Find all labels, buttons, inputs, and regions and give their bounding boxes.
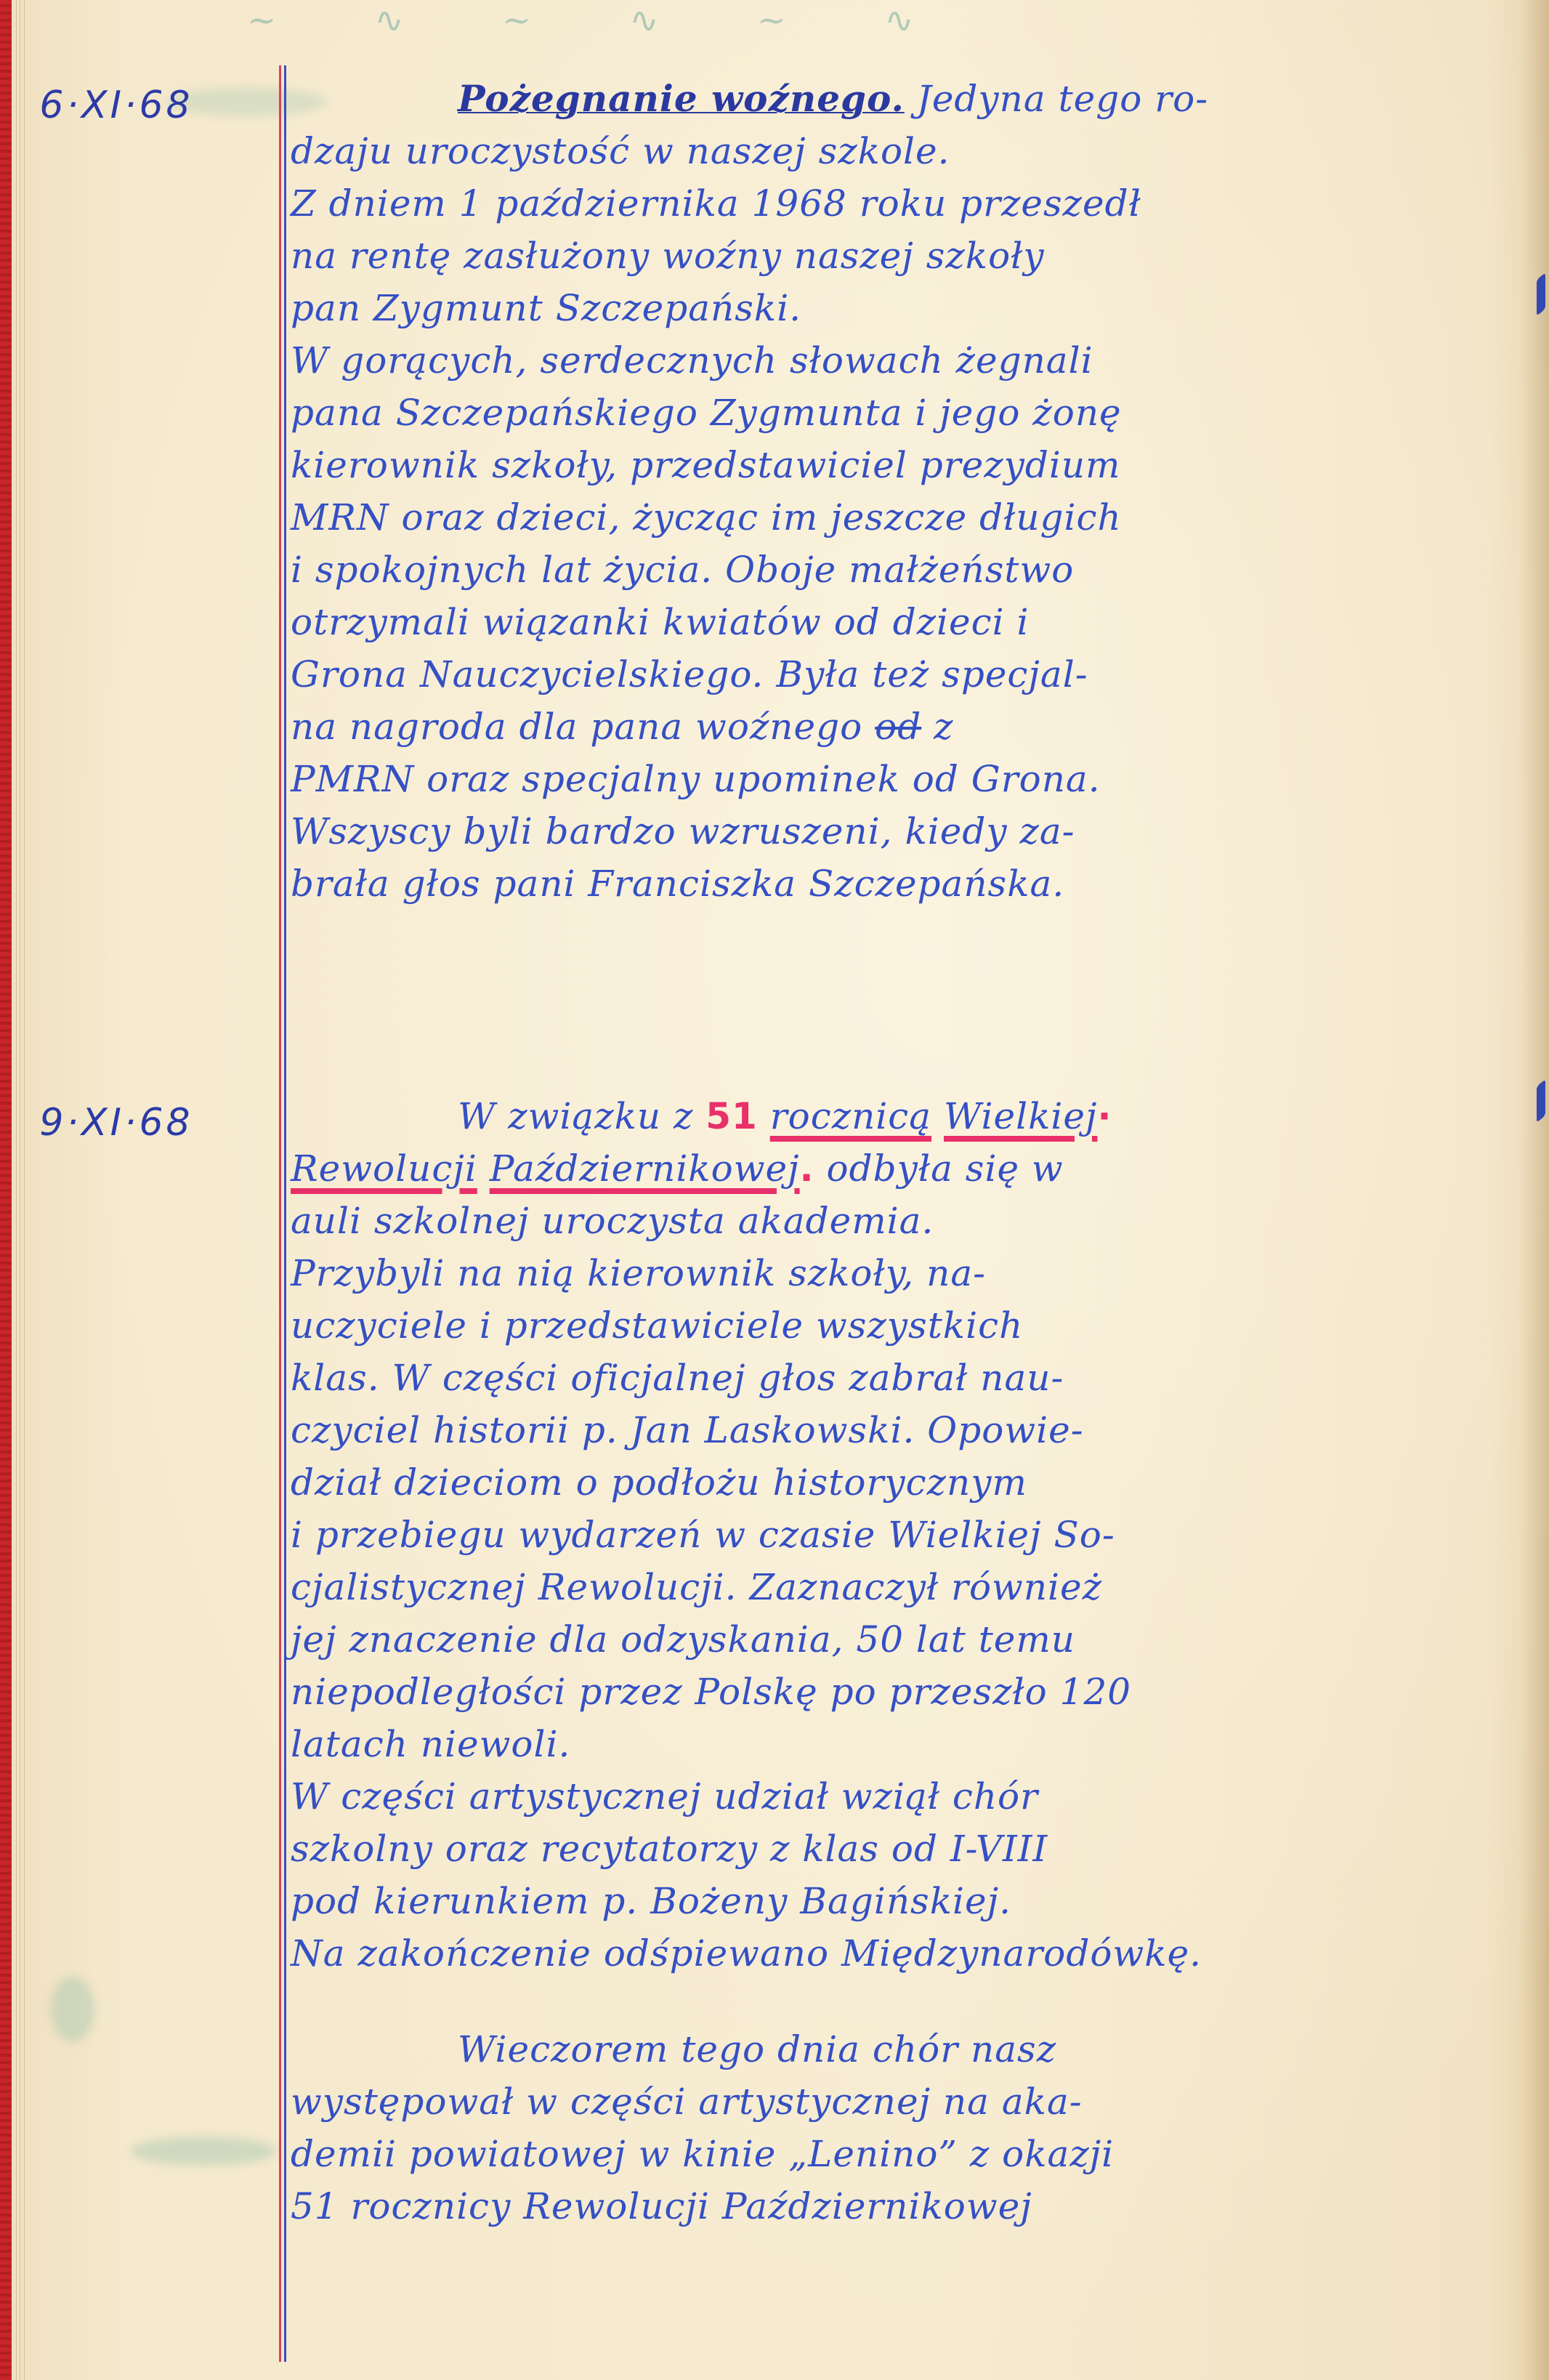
text-line: Przybyli na nią kierownik szkoły, na- [291, 1247, 1518, 1299]
margin-rule-blue [284, 65, 286, 2362]
text-line: na nagroda dla pana woźnego od z [291, 701, 1518, 753]
text-line: jej znaczenie dla odzyskania, 50 lat tem… [291, 1613, 1518, 1666]
page-stack-edge [16, 0, 17, 2380]
entry-title: Pożegnanie woźnego. [458, 77, 905, 120]
struck-word: od [875, 706, 921, 748]
text-line: Na zakończenie odśpiewano Międzynarodówk… [291, 1927, 1518, 1980]
ink-blot [51, 1977, 94, 2042]
text-line: dzaju uroczystość w naszej szkole. [291, 125, 1518, 177]
text-line: auli szkolnej uroczysta akademia. [291, 1195, 1518, 1247]
text-line: Rewolucji Październikowej. odbyła się w [291, 1142, 1518, 1195]
text-line: MRN oraz dzieci, życząc im jeszcze długi… [291, 491, 1518, 544]
text-line: występował w części artystycznej na aka- [291, 2076, 1518, 2128]
highlighted-word: Wielkiej [944, 1095, 1097, 1137]
page-curl-shadow [1520, 0, 1549, 2380]
text-line: i przebiegu wydarzeń w czasie Wielkiej S… [291, 1509, 1518, 1561]
text-line: cjalistycznej Rewolucji. Zaznaczył równi… [291, 1561, 1518, 1613]
text-line: Grona Nauczycielskiego. Była też specjal… [291, 648, 1518, 701]
text-line: latach niewoli. [291, 1718, 1518, 1770]
text-line: uczyciele i przedstawiciele wszystkich [291, 1299, 1518, 1352]
text-line: otrzymali wiązanki kwiatów od dzieci i [291, 596, 1518, 648]
red-book-binding [0, 0, 12, 2380]
text-line: na rentę zasłużony woźny naszej szkoły [291, 230, 1518, 282]
text-line: pod kierunkiem p. Bożeny Bagińskiej. [291, 1875, 1518, 1927]
text-line: 51 rocznicy Rewolucji Październikowej [291, 2180, 1518, 2232]
text-line: Z dniem 1 października 1968 roku przesze… [291, 177, 1518, 230]
chronicle-entry: Pożegnanie woźnego. Jedyna tego ro- dzaj… [291, 73, 1518, 910]
text-line: dział dzieciom o podłożu historycznym [291, 1456, 1518, 1509]
faint-bleed-through-decoration: ~ ∿ ~ ∿ ~ ∿ [247, 0, 1337, 44]
entry-first-line: W związku z 51 rocznicą Wielkiej· [291, 1090, 1518, 1142]
chronicle-entry: W związku z 51 rocznicą Wielkiej· Rewolu… [291, 1090, 1518, 2232]
entry-date: 6·XI·68 [7, 84, 225, 127]
highlighted-word: rocznicą [770, 1095, 931, 1137]
text-line: W części artystycznej udział wziął chór [291, 1770, 1518, 1823]
text-line: czyciel historii p. Jan Laskowski. Opowi… [291, 1404, 1518, 1456]
page-stack-edge [20, 0, 20, 2380]
text-line: brała głos pani Franciszka Szczepańska. [291, 858, 1518, 910]
text-line: Wieczorem tego dnia chór nasz [291, 2023, 1518, 2076]
text-line: pana Szczepańskiego Zygmunta i jego żonę [291, 387, 1518, 439]
text-line: i spokojnych lat życia. Oboje małżeństwo [291, 544, 1518, 596]
entry-first-line: Pożegnanie woźnego. Jedyna tego ro- [291, 73, 1518, 125]
text-line: PMRN oraz specjalny upominek od Grona. [291, 753, 1518, 805]
text-line: szkolny oraz recytatorzy z klas od I-VII… [291, 1823, 1518, 1875]
text-line: demii powiatowej w kinie „Lenino” z okaz… [291, 2128, 1518, 2180]
highlight-number: 51 [705, 1095, 758, 1137]
margin-rule-red [279, 65, 281, 2362]
text-line: pan Zygmunt Szczepański. [291, 282, 1518, 334]
entry-date: 9·XI·68 [7, 1101, 225, 1145]
text-line: kierownik szkoły, przedstawiciel prezydi… [291, 439, 1518, 491]
highlighted-word: Październikowej [490, 1147, 800, 1190]
highlighted-word: Rewolucji [291, 1147, 477, 1190]
page-stack-edge [24, 0, 25, 2380]
text-line: klas. W części oficjalnej głos zabrał na… [291, 1352, 1518, 1404]
ink-blot [131, 2137, 276, 2166]
text-line: W gorących, serdecznych słowach żegnali [291, 334, 1518, 387]
text-line: niepodległości przez Polskę po przeszło … [291, 1666, 1518, 1718]
text-line: Wszyscy byli bardzo wzruszeni, kiedy za- [291, 805, 1518, 858]
